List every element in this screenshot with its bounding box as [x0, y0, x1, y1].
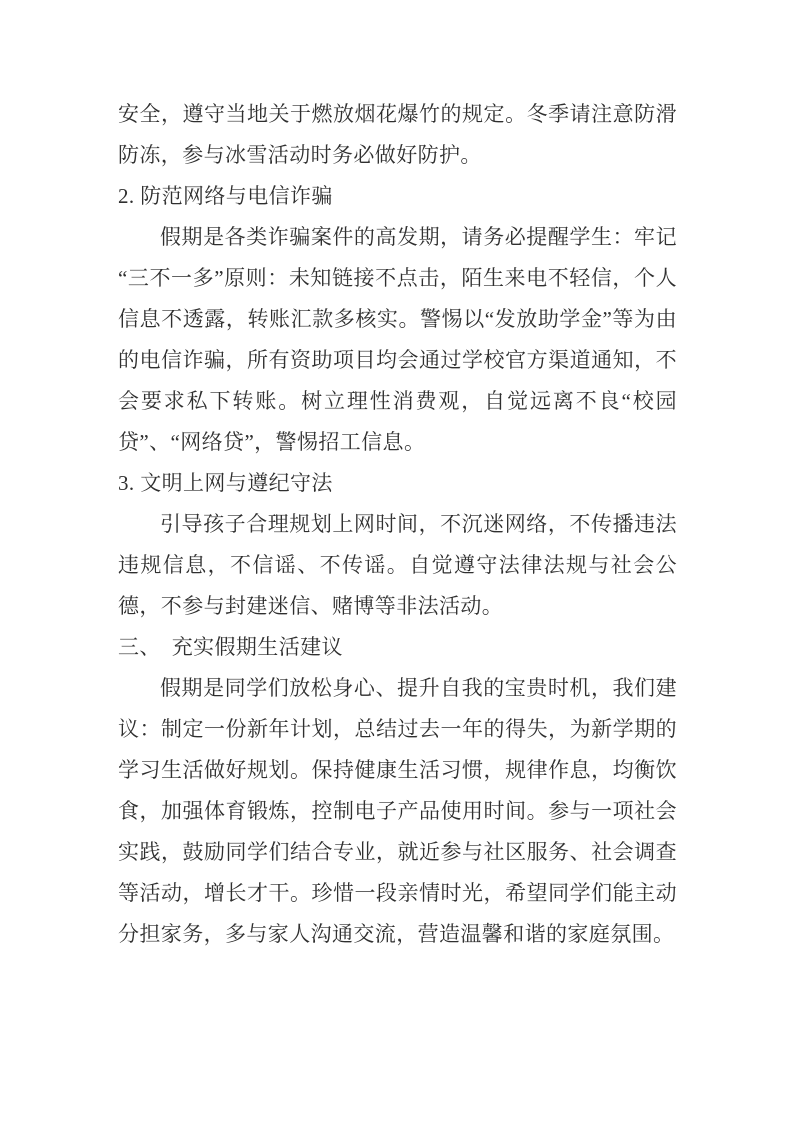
paragraph-fraud-prevention: 假期是各类诈骗案件的高发期，请务必提醒学生：牢记“三不一多”原则：未知链接不点击…: [118, 217, 677, 463]
document-page: 安全，遵守当地关于燃放烟花爆竹的规定。冬季请注意防滑防冻，参与冰雪活动时务必做好…: [0, 0, 793, 1122]
heading-item-2-fraud-prevention: 2. 防范网络与电信诈骗: [118, 176, 677, 217]
heading-item-3-civilized-internet: 3. 文明上网与遵纪守法: [118, 463, 677, 504]
document-body-text: 安全，遵守当地关于燃放烟花爆竹的规定。冬季请注意防滑防冻，参与冰雪活动时务必做好…: [118, 0, 677, 955]
paragraph-safety-continuation: 安全，遵守当地关于燃放烟花爆竹的规定。冬季请注意防滑防冻，参与冰雪活动时务必做好…: [118, 94, 677, 176]
paragraph-civilized-internet: 引导孩子合理规划上网时间，不沉迷网络，不传播违法违规信息，不信谣、不传谣。自觉遵…: [118, 504, 677, 627]
heading-section-three-holiday-life: 三、 充实假期生活建议: [118, 627, 677, 668]
paragraph-holiday-life-suggestions: 假期是同学们放松身心、提升自我的宝贵时机，我们建议：制定一份新年计划，总结过去一…: [118, 668, 677, 955]
